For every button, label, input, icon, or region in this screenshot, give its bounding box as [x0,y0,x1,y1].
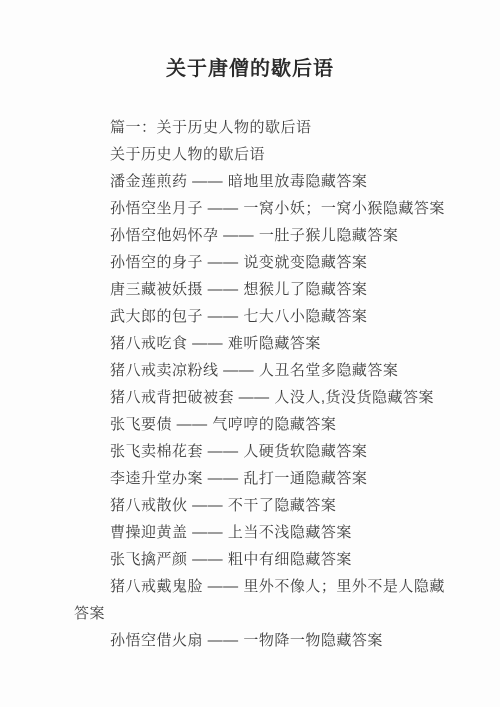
xiehouyu-line: 武大郎的包子 —— 七大八小隐藏答案 [74,303,450,330]
xiehouyu-line: 孙悟空坐月子 —— 一窝小妖；一窝小猴隐藏答案 [74,195,450,222]
xiehouyu-line: 张飞卖棉花套 —— 人硬货软隐藏答案 [74,438,450,465]
xiehouyu-line: 猪八戒卖凉粉线 —— 人丑名堂多隐藏答案 [74,357,450,384]
xiehouyu-line: 猪八戒吃食 —— 难听隐藏答案 [74,330,450,357]
xiehouyu-line: 孙悟空借火扇 —— 一物降一物隐藏答案 [74,627,450,654]
xiehouyu-line: 李逵升堂办案 —— 乱打一通隐藏答案 [74,465,450,492]
paragraph-section-heading: 篇一：关于历史人物的歇后语 [74,114,450,141]
document-page: 关于唐僧的歇后语 篇一：关于历史人物的歇后语 关于历史人物的歇后语 潘金莲煎药 … [0,0,500,707]
xiehouyu-line: 唐三藏被妖摄 —— 想猴儿了隐藏答案 [74,276,450,303]
paragraph-subheading: 关于历史人物的歇后语 [74,141,450,168]
document-body: 篇一：关于历史人物的歇后语 关于历史人物的歇后语 潘金莲煎药 —— 暗地里放毒隐… [0,114,500,654]
xiehouyu-line: 猪八戒戴鬼脸 —— 里外不像人；里外不是人隐藏答案 [74,573,450,627]
xiehouyu-line: 孙悟空他妈怀孕 —— 一肚子猴儿隐藏答案 [74,222,450,249]
xiehouyu-line: 曹操迎黄盖 —— 上当不浅隐藏答案 [74,519,450,546]
xiehouyu-line: 潘金莲煎药 —— 暗地里放毒隐藏答案 [74,168,450,195]
xiehouyu-line: 张飞要债 —— 气哼哼的隐藏答案 [74,411,450,438]
document-title: 关于唐僧的歇后语 [0,56,500,82]
xiehouyu-line: 张飞擒严颜 —— 粗中有细隐藏答案 [74,546,450,573]
xiehouyu-line: 猪八戒散伙 —— 不干了隐藏答案 [74,492,450,519]
xiehouyu-line: 猪八戒背把破被套 —— 人没人,货没货隐藏答案 [74,384,450,411]
xiehouyu-line: 孙悟空的身子 —— 说变就变隐藏答案 [74,249,450,276]
